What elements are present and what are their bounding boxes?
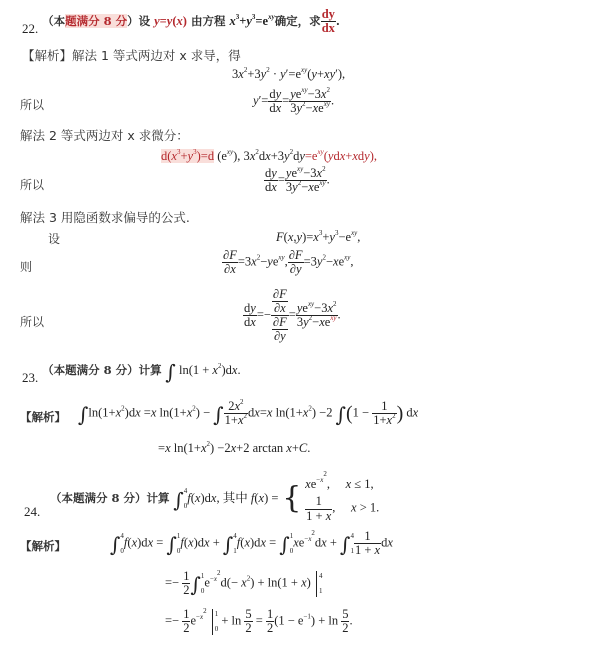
q22-method2-result: dydx=yexy−3x23y2−xexy.: [264, 167, 330, 194]
q22-method3-title: 解法 3 用隐函数求偏导的公式.: [20, 208, 190, 226]
q22-method2-eq1: d(x3+y3)=d (exy), 3x2dx+3y2dy=exy(ydx+xd…: [161, 149, 377, 164]
q23-line1: ∫ln(1+x2)dx =x ln(1+x2) − ∫2x21+x2dx=x l…: [78, 400, 418, 427]
q24-analysis-label: 【解析】: [20, 538, 66, 554]
q24-number: 24.: [24, 504, 40, 520]
q24-stem: （本题满分 8 分）计算: [50, 491, 170, 505]
q23-analysis-label: 【解析】: [20, 409, 66, 425]
q22-method3-F: F(x,y)=x3+y3−exy,: [276, 230, 360, 245]
q22-method2-so: 所以: [20, 176, 44, 193]
q22-stem: （本题满分 8 分）设 y=y(x) 由方程 x3+y3=exy确定，求dydx…: [42, 14, 340, 28]
q24-line1: ∫40f(x)dx = ∫10f(x)dx + ∫41f(x)dx = ∫10x…: [110, 530, 393, 557]
q23-integral: ∫ ln(1 + x2)dx.: [165, 363, 240, 377]
q22-method1-so: 所以: [20, 96, 44, 113]
method1-title: 解法 1 等式两边对 x 求导，得: [72, 48, 241, 63]
q22-method1-result: y′=dydx=yexy−3x23y2−xexy.: [253, 88, 334, 115]
q24-integral: ∫40f(x)dx, 其中 f(x) =: [173, 491, 278, 505]
q23-number: 23.: [22, 370, 38, 385]
q22-method3-so: 所以: [20, 313, 44, 330]
q22-method3-result: dydx=−∂F∂x∂F∂y=yexy−3x23y2−xexy.: [243, 288, 341, 344]
q22-method3-let: 设: [48, 230, 60, 247]
q23-stem: （本题满分 8 分）计算: [42, 363, 162, 377]
q22-method2-title: 解法 2 等式两边对 x 求微分：: [20, 126, 189, 144]
q22-header: 22. （本题满分 8 分）设 y=y(x) 由方程 x3+y3=exy确定，求…: [22, 8, 340, 35]
q22-target-fraction: dydx: [321, 8, 336, 35]
q24-line3: =− 12e−x2 10 + ln 52 = 12(1 − e−1) + ln …: [165, 608, 353, 635]
q22-number: 22.: [22, 21, 38, 36]
q22-method1-eq1: 3x2+3y2 · y′=exy(y+xy′),: [232, 67, 345, 82]
q23-line2: =x ln(1+x2) −2x+2 arctan x+C.: [158, 441, 310, 456]
q22-method1-title: 【解析】解法 1 等式两边对 x 求导，得: [22, 46, 241, 64]
q22-method3-partials: ∂F∂x=3x2−yexy,∂F∂y=3y2−xexy,: [222, 249, 353, 276]
piecewise-brace: {: [282, 480, 301, 515]
q24-header: （本题满分 8 分）计算 ∫40f(x)dx, 其中 f(x) = { xe−x…: [50, 474, 379, 523]
q22-method3-then: 则: [20, 258, 32, 275]
q24-line2: =− 12∫10e−x2d(− x2) + ln(1 + x) 41: [165, 570, 322, 597]
q23-header: 23. （本题满分 8 分）计算 ∫ ln(1 + x2)dx.: [22, 362, 241, 378]
analysis-label: 【解析】: [22, 48, 72, 63]
q24-piecewise: xe−x2, x ≤ 1, 11 + x, x > 1.: [305, 474, 379, 523]
